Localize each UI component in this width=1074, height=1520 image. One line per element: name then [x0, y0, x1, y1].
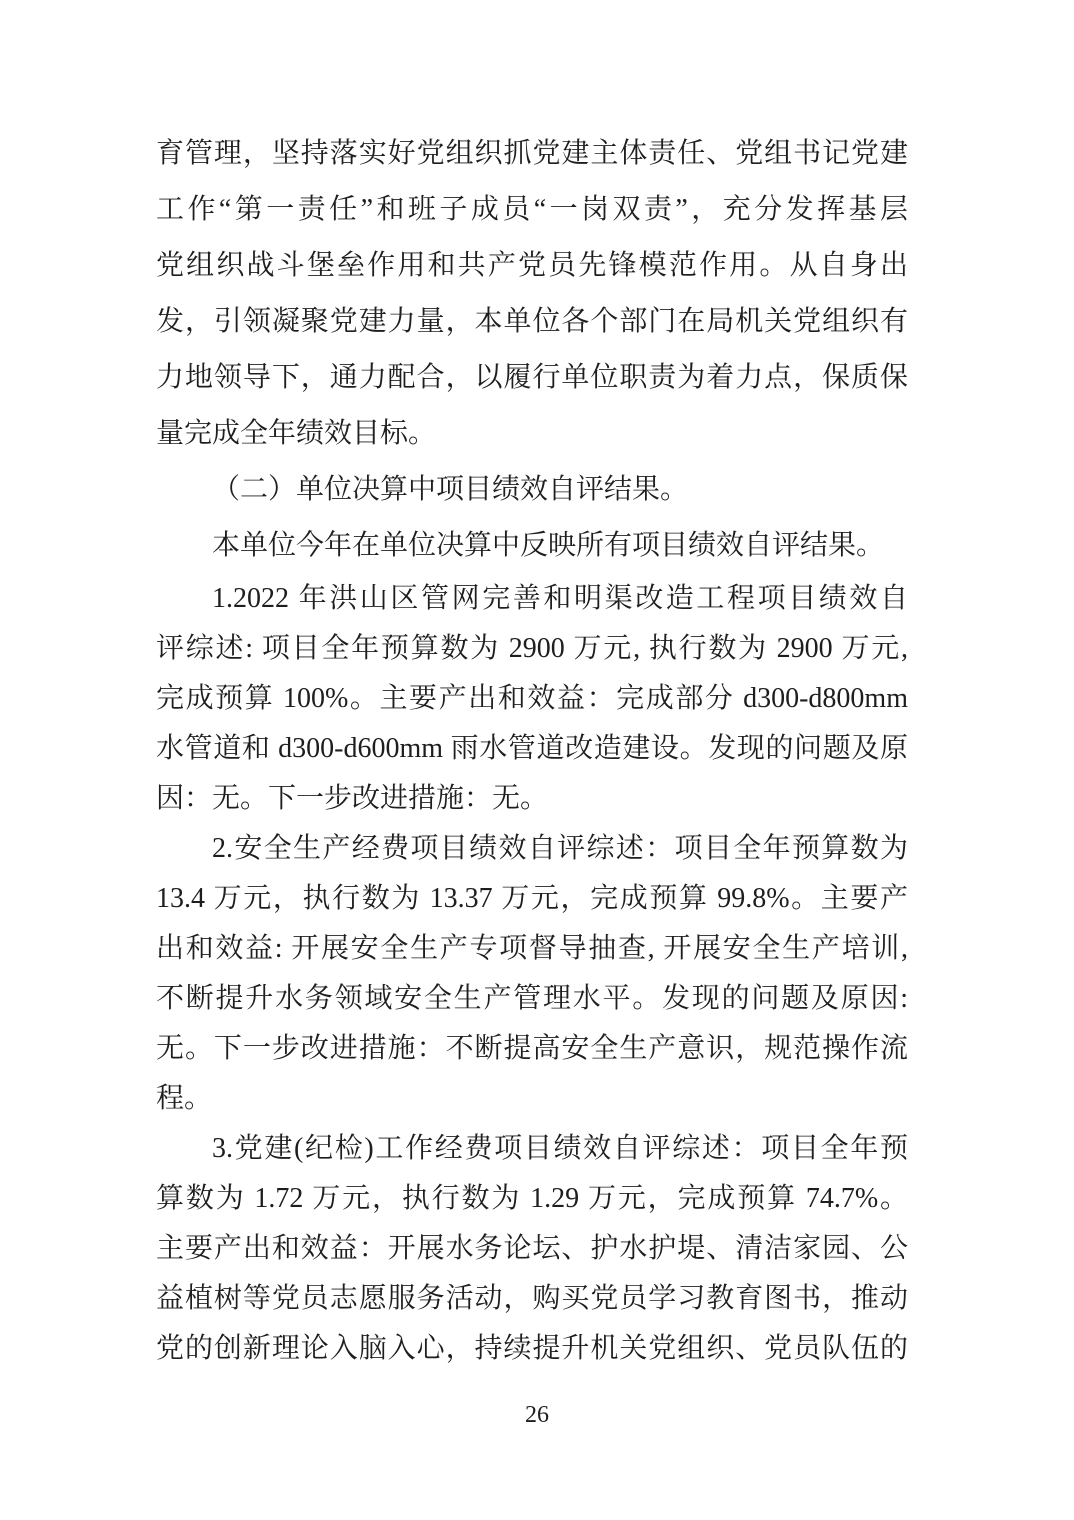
text-line: 因：无。下一步改进措施：无。 [156, 774, 908, 824]
text-line: （二）单位决算中项目绩效自评结果。 [156, 462, 908, 518]
text-line: 主要产出和效益：开展水务论坛、护水护堤、清洁家园、公 [156, 1224, 908, 1274]
text-line: 育管理，坚持落实好党组织抓党建主体责任、党组书记党建 [156, 126, 908, 182]
text-line: 13.4 万元，执行数为 13.37 万元，完成预算 99.8%。主要产 [156, 874, 908, 924]
text-line: 水管道和 d300-d600mm 雨水管道改造建设。发现的问题及原 [156, 724, 908, 774]
text-line: 1.2022 年洪山区管网完善和明渠改造工程项目绩效自 [156, 574, 908, 624]
paragraph: 2.安全生产经费项目绩效自评综述：项目全年预算数为13.4 万元，执行数为 13… [156, 824, 908, 1124]
document-body: 育管理，坚持落实好党组织抓党建主体责任、党组书记党建工作“第一责任”和班子成员“… [156, 126, 908, 1374]
paragraph: （二）单位决算中项目绩效自评结果。 [156, 462, 908, 518]
text-line: 党的创新理论入脑入心，持续提升机关党组织、党员队伍的 [156, 1324, 908, 1374]
text-line: 益植树等党员志愿服务活动，购买党员学习教育图书，推动 [156, 1274, 908, 1324]
text-line: 不断提升水务领域安全生产管理水平。发现的问题及原因: [156, 974, 908, 1024]
text-line: 量完成全年绩效目标。 [156, 406, 908, 462]
document-page: 育管理，坚持落实好党组织抓党建主体责任、党组书记党建工作“第一责任”和班子成员“… [0, 0, 1074, 1520]
text-line: 力地领导下，通力配合，以履行单位职责为着力点，保质保 [156, 350, 908, 406]
text-line: 无。下一步改进措施：不断提高安全生产意识，规范操作流 [156, 1024, 908, 1074]
text-line: 本单位今年在单位决算中反映所有项目绩效自评结果。 [156, 518, 908, 574]
text-line: 算数为 1.72 万元，执行数为 1.29 万元，完成预算 74.7%。 [156, 1174, 908, 1224]
text-line: 工作“第一责任”和班子成员“一岗双责”，充分发挥基层 [156, 182, 908, 238]
page-number: 26 [0, 1402, 1074, 1429]
text-line: 出和效益: 开展安全生产专项督导抽查, 开展安全生产培训, [156, 924, 908, 974]
text-line: 程。 [156, 1074, 908, 1124]
text-line: 3.党建(纪检)工作经费项目绩效自评综述：项目全年预 [156, 1124, 908, 1174]
paragraph: 育管理，坚持落实好党组织抓党建主体责任、党组书记党建工作“第一责任”和班子成员“… [156, 126, 908, 462]
text-line: 评综述: 项目全年预算数为 2900 万元, 执行数为 2900 万元, [156, 624, 908, 674]
paragraph: 本单位今年在单位决算中反映所有项目绩效自评结果。 [156, 518, 908, 574]
text-line: 2.安全生产经费项目绩效自评综述：项目全年预算数为 [156, 824, 908, 874]
text-line: 发，引领凝聚党建力量，本单位各个部门在局机关党组织有 [156, 294, 908, 350]
text-line: 完成预算 100%。主要产出和效益：完成部分 d300-d800mm 污 [156, 674, 908, 724]
paragraph: 1.2022 年洪山区管网完善和明渠改造工程项目绩效自评综述: 项目全年预算数为… [156, 574, 908, 824]
paragraph: 3.党建(纪检)工作经费项目绩效自评综述：项目全年预算数为 1.72 万元，执行… [156, 1124, 908, 1374]
text-line: 党组织战斗堡垒作用和共产党员先锋模范作用。从自身出 [156, 238, 908, 294]
